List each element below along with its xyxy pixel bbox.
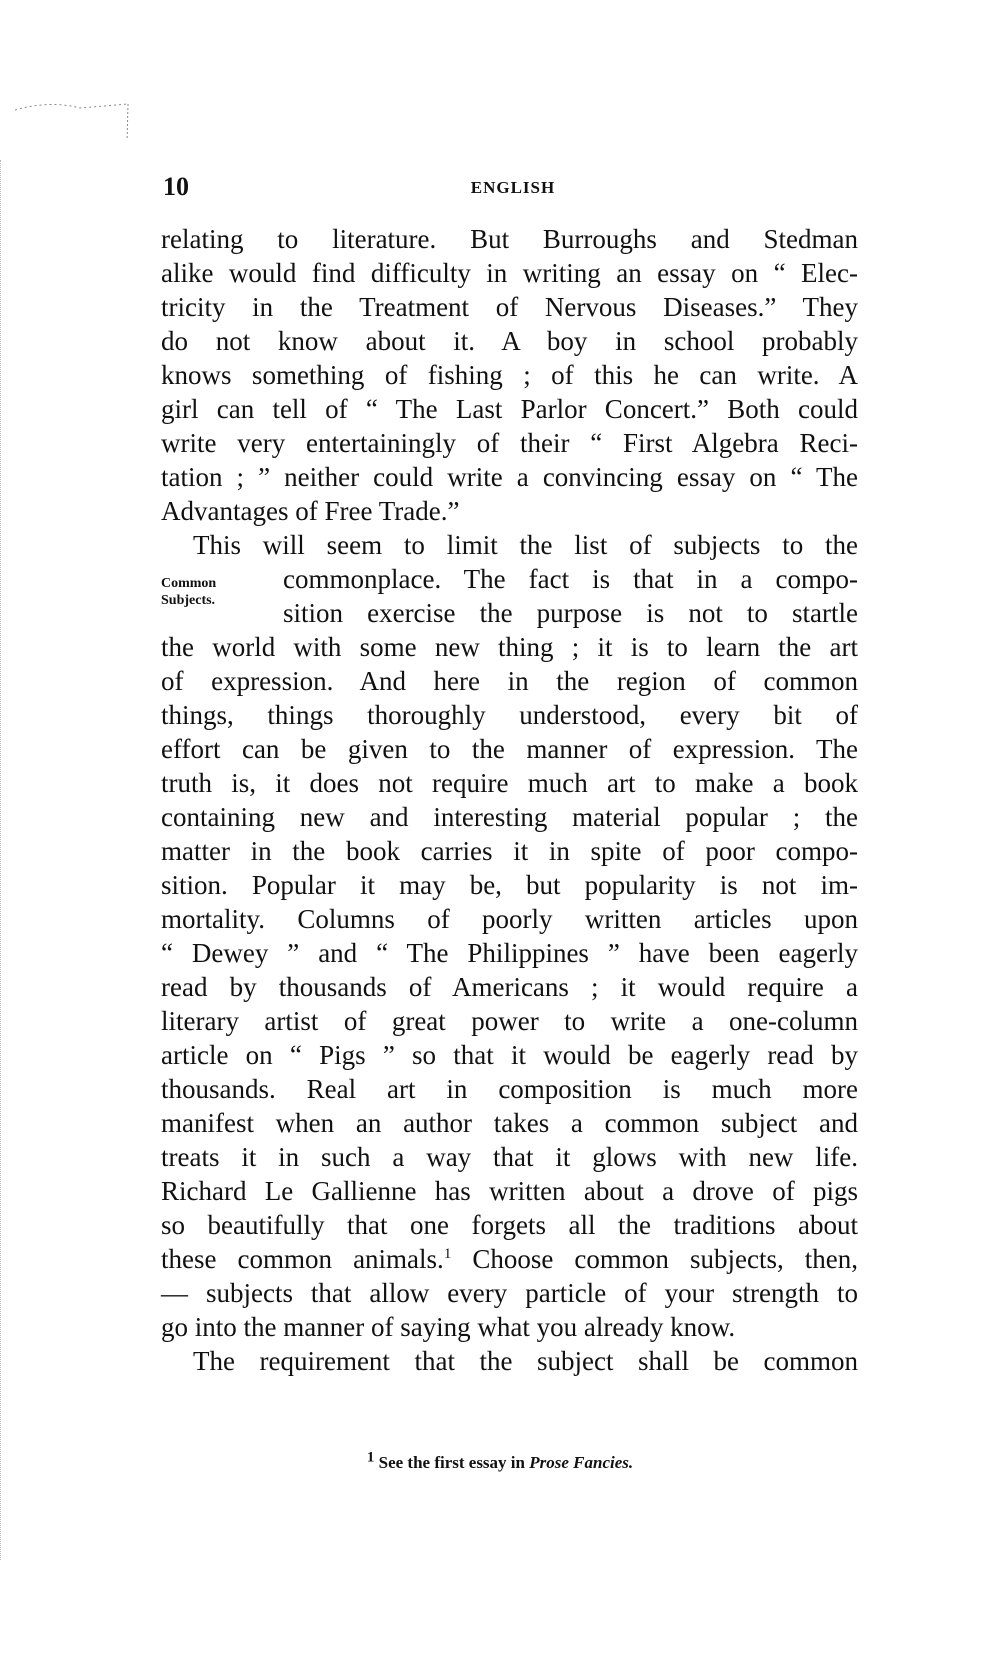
text-line: manifest when an author takes a common s… [161, 1106, 858, 1140]
page-header: 10 ENGLISH [163, 172, 863, 202]
footnote-text: See the first essay in [379, 1453, 530, 1472]
footnote: 1 See the first essay in Prose Fancies. [0, 1453, 1000, 1473]
footnote-number: 1 [367, 1449, 375, 1465]
text-line: mortality. Columns of poorly written art… [161, 902, 858, 936]
text-line: containing new and interesting material … [161, 800, 858, 834]
text-line: thousands. Real art in composition is mu… [161, 1072, 858, 1106]
text-line: literary artist of great power to write … [161, 1004, 858, 1038]
text-line: commonplace. The fact is that in a compo… [161, 562, 858, 596]
text-line-with-footnote: these common animals.1 Choose common sub… [161, 1242, 858, 1276]
text-line: article on “ Pigs ” so that it would be … [161, 1038, 858, 1072]
text-line: read by thousands of Americans ; it woul… [161, 970, 858, 1004]
paragraph-start-line: The requirement that the subject shall b… [161, 1344, 858, 1378]
text-line: things, things thoroughly understood, ev… [161, 698, 858, 732]
text-line: treats it in such a way that it glows wi… [161, 1140, 858, 1174]
text-line: knows something of fishing ; of this he … [161, 358, 858, 392]
text-segment: Choose common subjects, then, [451, 1244, 858, 1274]
page-edge-shadow [0, 160, 13, 1560]
text-line: tricity in the Treatment of Nervous Dise… [161, 290, 858, 324]
pencil-mark [10, 80, 130, 140]
text-line: Advantages of Free Trade.” [161, 494, 858, 528]
text-line: so beautifully that one forgets all the … [161, 1208, 858, 1242]
book-page: 10 ENGLISH Common Subjects. relating to … [0, 0, 1000, 1667]
footnote-book-title: Prose Fancies. [529, 1453, 633, 1472]
text-line: matter in the book carries it in spite o… [161, 834, 858, 868]
text-line: girl can tell of “ The Last Parlor Conce… [161, 392, 858, 426]
text-line: alike would find difficulty in writing a… [161, 256, 858, 290]
paragraph-start-line: This will seem to limit the list of subj… [161, 528, 858, 562]
text-line: tation ; ” neither could write a convinc… [161, 460, 858, 494]
text-line: relating to literature. But Burroughs an… [161, 222, 858, 256]
text-line: the world with some new thing ; it is to… [161, 630, 858, 664]
text-line: write very entertainingly of their “ Fir… [161, 426, 858, 460]
text-line: go into the manner of saying what you al… [161, 1310, 858, 1344]
text-segment: these common animals. [161, 1244, 444, 1274]
text-line: sition. Popular it may be, but popularit… [161, 868, 858, 902]
text-line: do not know about it. A boy in school pr… [161, 324, 858, 358]
text-line: — subjects that allow every particle of … [161, 1276, 858, 1310]
text-line: “ Dewey ” and “ The Philippines ” have b… [161, 936, 858, 970]
text-line: of expression. And here in the region of… [161, 664, 858, 698]
text-line: effort can be given to the manner of exp… [161, 732, 858, 766]
running-head: ENGLISH [163, 178, 863, 198]
text-line: truth is, it does not require much art t… [161, 766, 858, 800]
text-line: sition exercise the purpose is not to st… [161, 596, 858, 630]
body-text: relating to literature. But Burroughs an… [161, 222, 858, 1378]
text-line: Richard Le Gallienne has written about a… [161, 1174, 858, 1208]
